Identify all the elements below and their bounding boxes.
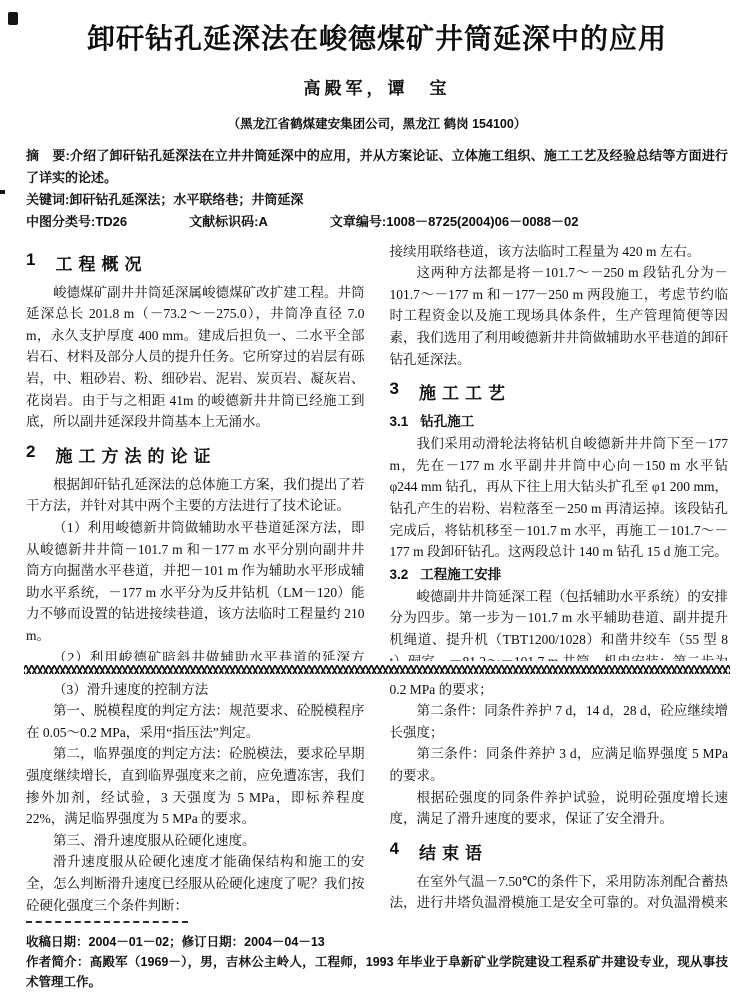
paragraph: 根据砼强度的同条件养护试验，说明砼强度增长速度，满足了滑升速度的要求，保证了安全…	[390, 787, 729, 830]
paragraph: （2）利用峻德矿暗斜井做辅助水平巷道的延深方法，即在暗斜井的－101.7 m 水…	[26, 647, 365, 661]
paragraph: 我们采用动滑轮法将钻机自峻德新井井筒下至－177 m，先在－177 m 水平副井…	[390, 433, 729, 563]
paragraph: （1）利用峻德新井筒做辅助水平巷道延深方法，即从峻德新井井筒－101.7 m 和…	[26, 517, 365, 647]
scanned-paper-page: 卸矸钻孔延深法在峻德煤矿井筒延深中的应用 高殿军，谭 宝 （黑龙江省鹤煤建安集团…	[0, 0, 754, 1000]
paragraph: 第三条件：同条件养护 3 d，应满足临界强度 5 MPa 的要求。	[390, 743, 729, 786]
paragraph-continuation: 接续用联络巷道，该方法临时工程量为 420 m 左右。	[390, 241, 729, 263]
body-columns-lower: （3）滑升速度的控制方法 第一、脱模程度的判定方法：规范要求、砼脱模程序在 0.…	[26, 679, 728, 913]
right-column-upper: 接续用联络巷道，该方法临时工程量为 420 m 左右。 这两种方法都是将－101…	[390, 241, 729, 661]
abstract: 摘 要:介绍了卸矸钻孔延深法在立井井筒延深中的应用，并从方案论证、立体施工组织、…	[26, 145, 728, 189]
clc-number: 中图分类号:TD26	[26, 211, 127, 233]
keywords-text: 卸矸钻孔延深法；水平联络巷；井筒延深	[69, 192, 303, 207]
paragraph: 滑升速度服从砼硬化速度才能确保结构和施工的安全，怎么判断滑升速度已经服从砼硬化速…	[26, 851, 365, 912]
document-code: 文献标识码:A	[189, 211, 268, 233]
author-bio: 作者简介：高殿军（1969－），男，吉林公主岭人，工程师，1993 年毕业于阜新…	[26, 952, 728, 992]
abstract-text: 介绍了卸矸钻孔延深法在立井井筒延深中的应用，并从方案论证、立体施工组织、施工工艺…	[26, 148, 728, 185]
right-column-lower: 0.2 MPa 的要求； 第二条件：同条件养护 7 d，14 d，28 d，砼应…	[390, 679, 729, 913]
body-columns-upper: 1工程概况 峻德煤矿副井井筒延深属峻德煤矿改扩建工程。井筒延深总长 201.8 …	[26, 241, 728, 661]
paragraph: 第二条件：同条件养护 7 d，14 d，28 d，砼应继续增长强度；	[390, 700, 729, 743]
section-3-1-heading: 3.1钻孔施工	[390, 411, 729, 433]
affiliation: （黑龙江省鹤煤建安集团公司，黑龙江 鹤岗 154100）	[0, 114, 754, 132]
chain-divider	[24, 665, 730, 674]
received-dates: 收稿日期：2004－01－02；修订日期：2004－04－13	[26, 932, 728, 952]
classification-row: 中图分类号:TD26 文献标识码:A 文章编号:1008－8725(2004)0…	[26, 211, 728, 233]
paragraph: 峻德副井井筒延深工程（包括辅助水平系统）的安排分为四步。第一步为－101.7 m…	[390, 586, 729, 661]
footnote-rule	[26, 921, 188, 923]
paragraph-continuation: 0.2 MPa 的要求；	[390, 679, 729, 701]
paragraph: 这两种方法都是将－101.7～－250 m 段钻孔分为－101.7～－177 m…	[390, 262, 729, 370]
section-3-2-heading: 3.2工程施工安排	[390, 564, 729, 586]
paragraph: 第一、脱模程度的判定方法：规范要求、砼脱模程序在 0.05～0.2 MPa，采用…	[26, 700, 365, 743]
paragraph: 在室外气温－7.50℃的条件下，采用防冻剂配合蓄热法，进行井塔负温滑模施工是安全…	[390, 871, 729, 913]
page-title: 卸矸钻孔延深法在峻德煤矿井筒延深中的应用	[30, 22, 724, 56]
section-1-heading: 1工程概况	[26, 250, 365, 275]
paragraph: 峻德煤矿副井井筒延深属峻德煤矿改扩建工程。井筒延深总长 201.8 m（－73.…	[26, 282, 365, 433]
scan-artifact	[8, 12, 18, 25]
paragraph: 第二，临界强度的判定方法：砼脱模法，要求砼早期强度继续增长，直到临界强度来之前，…	[26, 743, 365, 829]
left-column-lower: （3）滑升速度的控制方法 第一、脱模程度的判定方法：规范要求、砼脱模程序在 0.…	[26, 679, 365, 913]
keywords: 关键词:卸矸钻孔延深法；水平联络巷；井筒延深	[26, 189, 728, 211]
paragraph: 第三、滑升速度服从砼硬化速度。	[26, 830, 365, 852]
paragraph: （3）滑升速度的控制方法	[26, 679, 365, 701]
authors: 高殿军，谭 宝	[0, 74, 754, 99]
scan-artifact	[0, 190, 5, 194]
section-4-heading: 4结束语	[390, 839, 729, 864]
section-2-heading: 2施工方法的论证	[26, 442, 365, 467]
footnote-block: 收稿日期：2004－01－02；修订日期：2004－04－13 作者简介：高殿军…	[26, 921, 728, 992]
meta-block: 摘 要:介绍了卸矸钻孔延深法在立井井筒延深中的应用，并从方案论证、立体施工组织、…	[26, 145, 728, 233]
paragraph: 根据卸矸钻孔延深法的总体施工方案，我们提出了若干方法，并针对其中两个主要的方法进…	[26, 474, 365, 517]
abstract-label: 摘 要:	[26, 148, 70, 163]
left-column-upper: 1工程概况 峻德煤矿副井井筒延深属峻德煤矿改扩建工程。井筒延深总长 201.8 …	[26, 241, 365, 661]
keywords-label: 关键词:	[26, 192, 69, 207]
article-number: 文章编号:1008－8725(2004)06－0088－02	[330, 211, 579, 233]
section-3-heading: 3施工工艺	[390, 379, 729, 404]
